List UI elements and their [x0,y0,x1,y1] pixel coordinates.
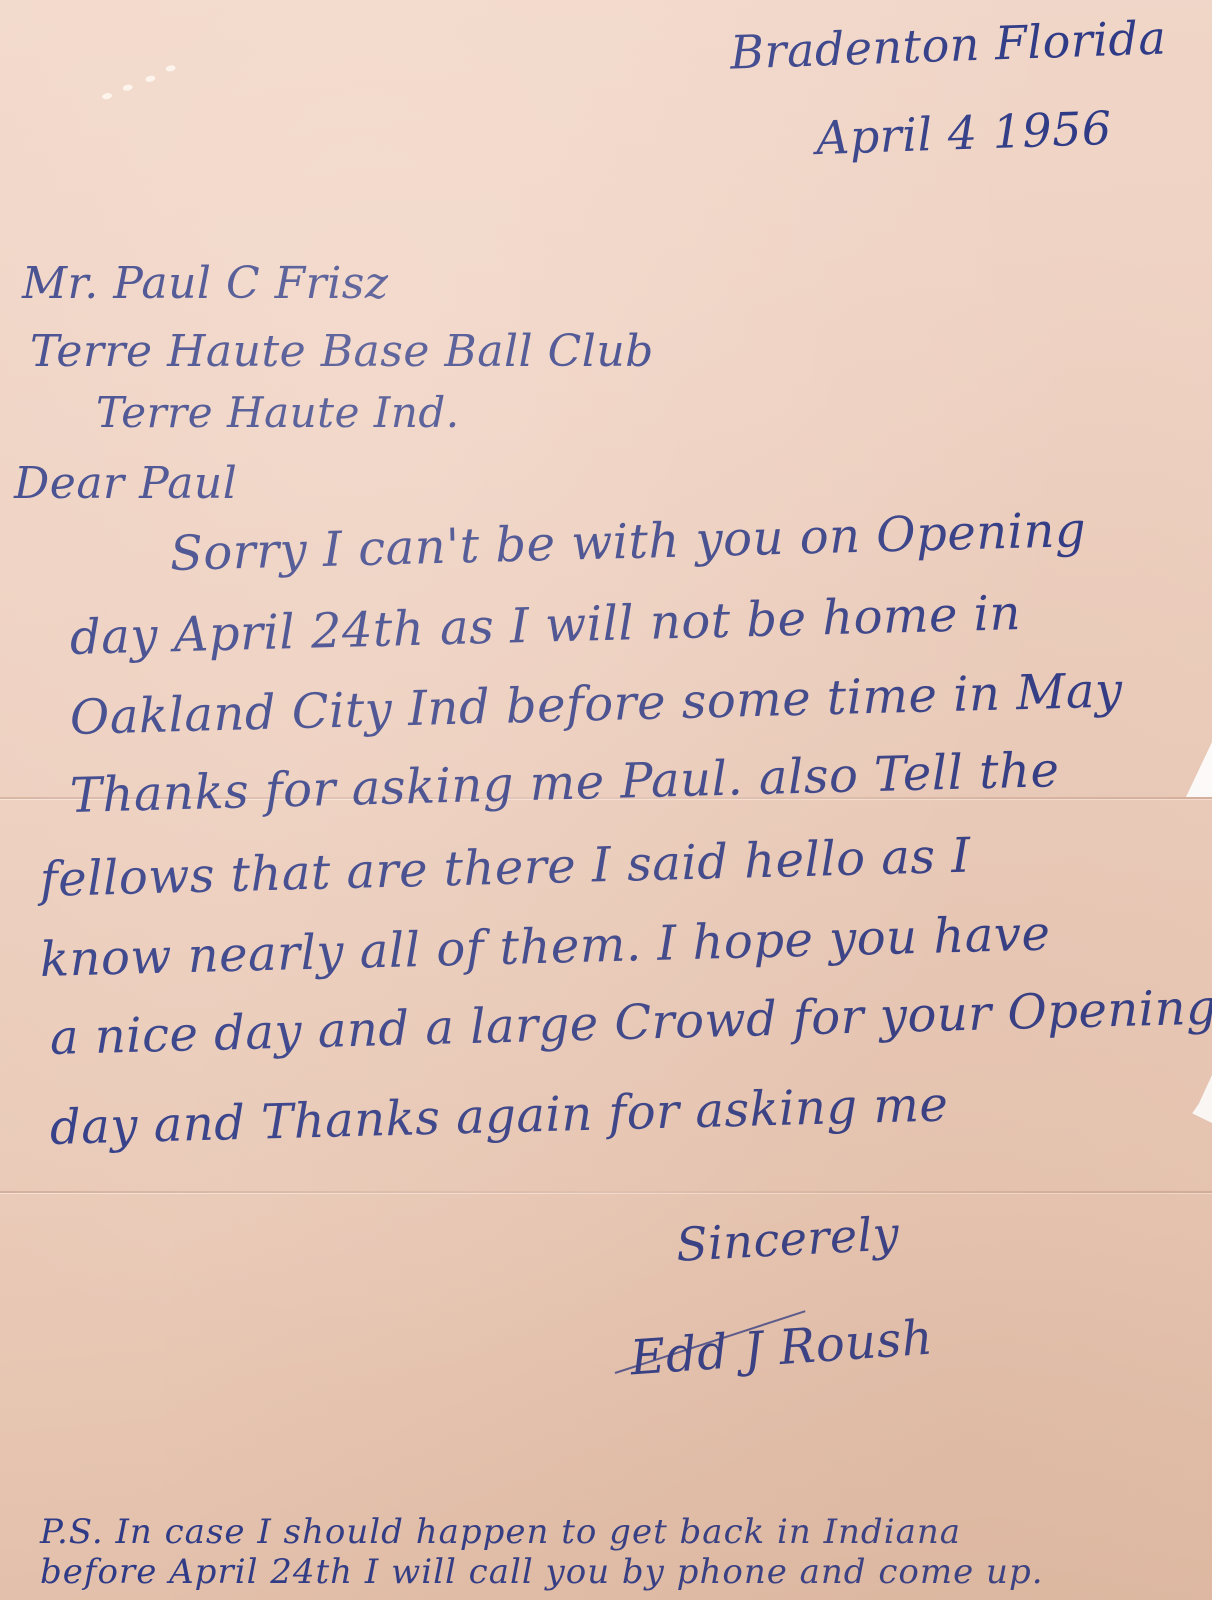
body-line: day and Thanks again for asking me [49,1076,949,1156]
closing: Sincerely [675,1206,901,1272]
fold-crease [0,1191,1212,1193]
body-line: Oakland City Ind before some time in May [69,662,1123,746]
body-line: a nice day and a large Crowd for your Op… [49,979,1212,1066]
torn-edge [1190,1075,1212,1123]
signature: Edd J Roush [628,1309,934,1386]
body-line: Sorry I can't be with you on Opening [169,502,1087,582]
letter-place: Bradenton Florida [729,10,1167,79]
postscript-line: P.S. In case I should happen to get back… [40,1512,961,1552]
scan-margin [1212,0,1224,1600]
body-line: day April 24th as I will not be home in [69,585,1021,666]
body-line: Thanks for asking me Paul. also Tell the [69,742,1060,824]
torn-edge [1186,742,1212,797]
letter-paper: Bradenton Florida April 4 1956 Mr. Paul … [0,0,1212,1600]
letter-date: April 4 1956 [815,101,1112,165]
recipient-organization: Terre Haute Base Ball Club [30,326,654,377]
recipient-name: Mr. Paul C Frisz [22,258,389,309]
paper-scuff-mark [99,64,182,102]
recipient-location: Terre Haute Ind. [96,388,460,437]
body-line: know nearly all of them. I hope you have [39,906,1051,988]
body-line: fellows that are there I said hello as I [39,828,971,908]
postscript-line: before April 24th I will call you by pho… [40,1552,1044,1592]
salutation: Dear Paul [14,458,237,509]
